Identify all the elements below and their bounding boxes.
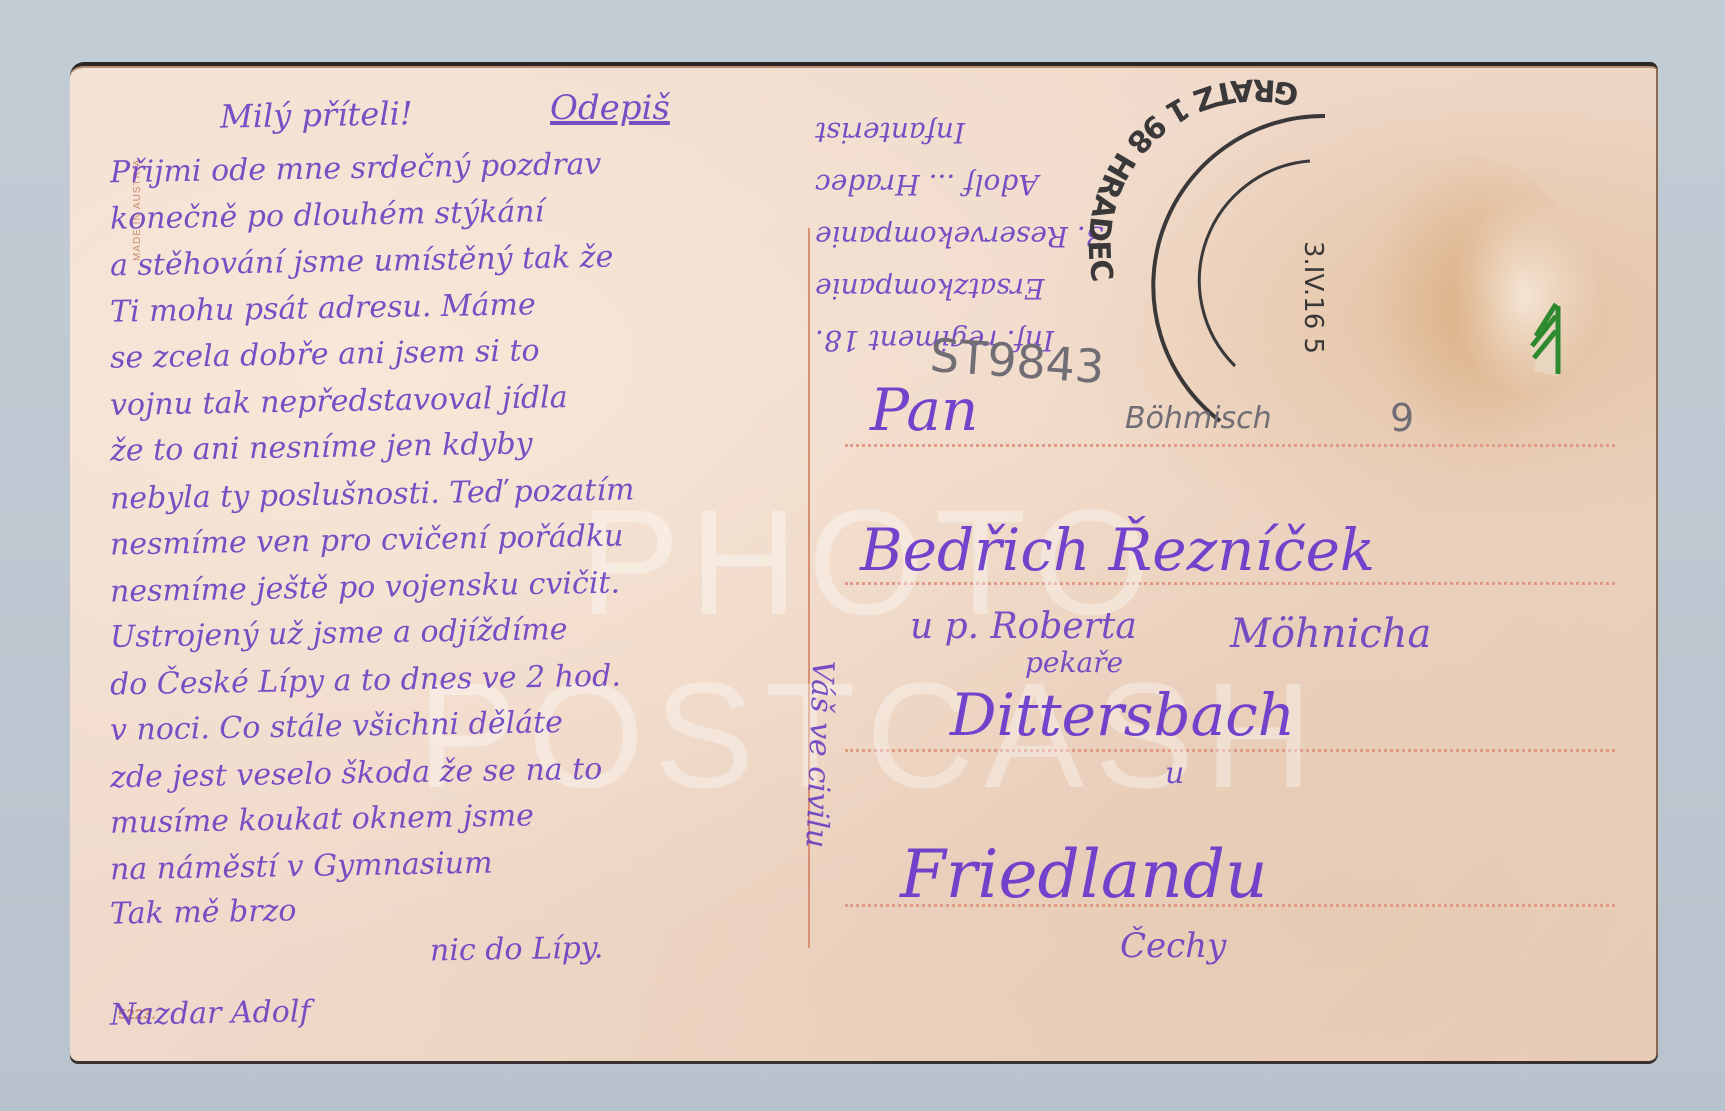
message-line: Tak mě brzo xyxy=(110,893,297,931)
message-line: Ti mohu psát adresu. Máme xyxy=(110,287,536,329)
address-occupation: pekaře xyxy=(1025,646,1123,679)
address-preposition: u xyxy=(1165,756,1184,791)
address-region: Friedlandu xyxy=(900,836,1267,913)
greeting: Milý příteli! xyxy=(220,94,413,135)
underlined-word: Odepiš xyxy=(550,88,670,128)
message-line: musíme koukat oknem jsme xyxy=(110,798,534,840)
pencil-note: Böhmisch xyxy=(1125,401,1272,436)
message-line: vojnu tak nepředstavoval jídla xyxy=(110,380,568,423)
message-line: nic do Lípy. xyxy=(430,930,604,968)
svg-text:3.IV.16 5: 3.IV.16 5 xyxy=(1298,241,1328,354)
address-town: Dittersbach xyxy=(950,681,1295,749)
address-care-of: u p. Roberta xyxy=(910,606,1137,647)
postmark-icon: GRATZ 1 98 HRADEC 3.IV.16 5 xyxy=(1060,66,1390,436)
message-line: se zcela dobře ani jsem si to xyxy=(110,333,540,375)
side-note: Váš ve civilu xyxy=(798,660,840,849)
address-country: Čechy xyxy=(1120,926,1226,966)
message-line: na náměstí v Gymnasium xyxy=(110,845,493,887)
message-line: že to ani nesníme jen kdyby xyxy=(110,426,533,468)
message-line: Nazdar Adolf xyxy=(110,994,311,1032)
message-line: konečně po dlouhém stýkání xyxy=(110,194,545,237)
message-line: a stěhování jsme umístěný tak že xyxy=(110,240,614,284)
address-salutation: Pan xyxy=(870,376,978,444)
stamp-fragment-icon xyxy=(1528,296,1568,386)
postcard: MADE IN AUSTRIA 5223. PHOTO POSTCASH Mil… xyxy=(70,62,1658,1064)
address-alt-name: Möhnicha xyxy=(1230,611,1431,657)
message-line: Přijmi ode mne srdečný pozdrav xyxy=(110,147,602,191)
address-line xyxy=(845,444,1615,447)
paper-damage xyxy=(1450,196,1600,396)
address-name: Bedřich Řezníček xyxy=(860,516,1375,584)
pencil-digit: 9 xyxy=(1390,396,1414,440)
